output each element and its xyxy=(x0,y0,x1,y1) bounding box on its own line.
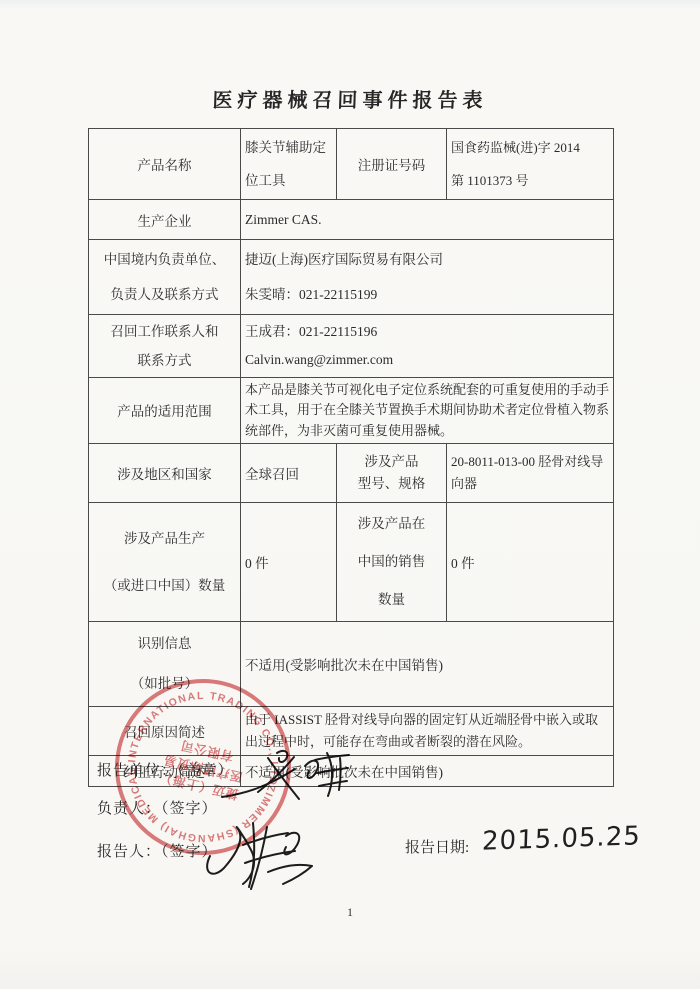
cell-model-label: 涉及产品 型号、规格 xyxy=(337,443,447,502)
production-qty-label-line2: （或进口中国）数量 xyxy=(93,562,236,609)
cell-manufacturer-label: 生产企业 xyxy=(89,200,241,240)
report-date-label: 报告日期: xyxy=(405,836,469,857)
cell-region-value: 全球召回 xyxy=(241,443,337,502)
responsible-signature xyxy=(215,745,365,815)
cell-scope-value: 本产品是膝关节可视化电子定位系统配套的可重复使用的手动手术工具，用于在全膝关节置… xyxy=(241,378,614,444)
row-recall-contact: 召回工作联系人和 联系方式 王成君：021-22115196 Calvin.wa… xyxy=(89,315,614,378)
page-title: 医疗器械召回事件报告表 xyxy=(0,84,700,113)
recall-contact-label-line2: 联系方式 xyxy=(93,346,236,375)
cell-china-unit-label: 中国境内负责单位、 负责人及联系方式 xyxy=(89,240,241,315)
recall-contact-value-line2: Calvin.wang@zimmer.com xyxy=(245,346,609,374)
report-unit-label: 报告单位：（盖章） xyxy=(97,759,234,780)
model-label-line1: 涉及产品 xyxy=(341,451,442,473)
row-scope: 产品的适用范围 本产品是膝关节可视化电子定位系统配套的可重复使用的手动手术工具，… xyxy=(89,378,614,444)
cell-product-name-value: 膝关节辅助定 位工具 xyxy=(241,129,337,200)
production-qty-label-line1: 涉及产品生产 xyxy=(93,515,236,562)
china-unit-label-line2: 负责人及联系方式 xyxy=(93,277,236,312)
china-unit-value-line2: 朱雯晴：021-22115199 xyxy=(245,277,609,312)
row-product-name: 产品名称 膝关节辅助定 位工具 注册证号码 国食药监械(进)字 2014 第 1… xyxy=(89,129,614,200)
document-page: 医疗器械召回事件报告表 产品名称 膝关节辅助定 位工具 注册证号码 国食药监械(… xyxy=(0,0,700,989)
reg-cert-line2: 第 1101373 号 xyxy=(451,164,609,197)
report-date-value: 2015.05.25 xyxy=(482,821,642,857)
cell-china-sales-value: 0 件 xyxy=(447,502,614,621)
cell-model-value: 20-8011-013-00 胫骨对线导向器 xyxy=(447,443,614,502)
row-manufacturer: 生产企业 Zimmer CAS. xyxy=(89,200,614,240)
cell-reg-cert-value: 国食药监械(进)字 2014 第 1101373 号 xyxy=(447,129,614,200)
cell-production-qty-label: 涉及产品生产 （或进口中国）数量 xyxy=(89,502,241,621)
row-production-qty: 涉及产品生产 （或进口中国）数量 0 件 涉及产品在 中国的销售 数量 0 件 xyxy=(89,502,614,621)
page-number: 1 xyxy=(0,905,700,920)
reporter-signature xyxy=(200,815,330,895)
cell-production-qty-value: 0 件 xyxy=(241,502,337,621)
cell-recall-contact-label: 召回工作联系人和 联系方式 xyxy=(89,315,241,378)
china-sales-label-line3: 数量 xyxy=(341,581,442,619)
cell-region-label: 涉及地区和国家 xyxy=(89,443,241,502)
cell-scope-label: 产品的适用范围 xyxy=(89,378,241,444)
product-name-line1: 膝关节辅助定 xyxy=(245,131,332,164)
cell-manufacturer-value: Zimmer CAS. xyxy=(241,200,614,240)
row-china-unit: 中国境内负责单位、 负责人及联系方式 捷迈(上海)医疗国际贸易有限公司 朱雯晴：… xyxy=(89,240,614,315)
recall-contact-value-line1: 王成君：021-22115196 xyxy=(245,318,609,346)
china-sales-label-line1: 涉及产品在 xyxy=(341,505,442,543)
china-sales-label-line2: 中国的销售 xyxy=(341,543,442,581)
model-label-line2: 型号、规格 xyxy=(341,473,442,495)
cell-china-sales-label: 涉及产品在 中国的销售 数量 xyxy=(337,502,447,621)
product-name-line2: 位工具 xyxy=(245,164,332,197)
china-unit-label-line1: 中国境内负责单位、 xyxy=(93,242,236,277)
reg-cert-line1: 国食药监械(进)字 2014 xyxy=(451,131,609,164)
row-region: 涉及地区和国家 全球召回 涉及产品 型号、规格 20-8011-013-00 胫… xyxy=(89,443,614,502)
china-unit-value-line1: 捷迈(上海)医疗国际贸易有限公司 xyxy=(245,242,609,277)
id-info-label-line1: 识别信息 xyxy=(93,624,236,664)
recall-contact-label-line1: 召回工作联系人和 xyxy=(93,317,236,346)
cell-recall-contact-value: 王成君：021-22115196 Calvin.wang@zimmer.com xyxy=(241,315,614,378)
cell-product-name-label: 产品名称 xyxy=(89,129,241,200)
cell-china-unit-value: 捷迈(上海)医疗国际贸易有限公司 朱雯晴：021-22115199 xyxy=(241,240,614,315)
cell-reg-cert-label: 注册证号码 xyxy=(337,129,447,200)
